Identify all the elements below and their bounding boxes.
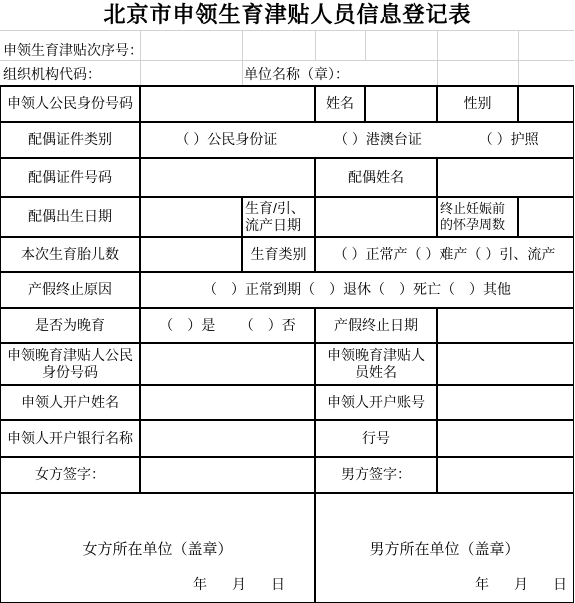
gridline-v6 bbox=[518, 30, 519, 86]
spouse-cert-type-label-cell: 配偶证件类别 bbox=[0, 122, 140, 158]
month-label: 月 bbox=[232, 576, 246, 594]
gestation-weeks-value-cell[interactable] bbox=[518, 197, 574, 237]
bank-no-label-cell: 行号 bbox=[315, 420, 437, 457]
male-signature-value-cell[interactable] bbox=[437, 457, 574, 493]
applicant-id-value-cell[interactable] bbox=[140, 86, 315, 122]
gridline-v5 bbox=[437, 30, 438, 86]
sequence-number-label: 申领生育津贴次序号： bbox=[3, 40, 143, 60]
late-birth-no-option[interactable]: （ ）否 bbox=[240, 317, 296, 335]
year-label: 年 bbox=[475, 576, 489, 594]
gridline-v2 bbox=[242, 30, 243, 86]
unit-name-label: 单位名称（章）： bbox=[244, 64, 349, 84]
female-unit-stamp-cell[interactable]: 女方所在单位（盖章） 年 月 日 bbox=[0, 493, 315, 603]
cert-option-id-card[interactable]: （ ）公民身份证 bbox=[175, 131, 277, 149]
bank-no-value-cell[interactable] bbox=[437, 420, 574, 457]
male-signature-label-cell: 男方签字： bbox=[315, 457, 437, 493]
bank-name-value-cell[interactable] bbox=[140, 420, 315, 457]
spouse-birth-value-cell[interactable] bbox=[140, 197, 242, 237]
cert-option-hmt-card[interactable]: （ ）港澳台证 bbox=[334, 131, 422, 149]
delivery-date-label-cell: 生育/引、 流产日期 bbox=[242, 197, 315, 237]
account-name-value-cell[interactable] bbox=[140, 385, 315, 420]
female-unit-date-line: 年 月 日 bbox=[193, 576, 285, 594]
late-allowance-name-value-cell[interactable] bbox=[437, 343, 574, 385]
spouse-name-label-cell: 配偶姓名 bbox=[315, 158, 437, 197]
day-label: 日 bbox=[271, 576, 285, 594]
gridline-h1 bbox=[0, 30, 574, 31]
leave-end-reason-label-cell: 产假终止原因 bbox=[0, 272, 140, 308]
late-birth-yes-option[interactable]: （ ）是 bbox=[159, 317, 215, 335]
applicant-id-label-cell: 申领人公民身份号码 bbox=[0, 86, 140, 122]
gridline-v3 bbox=[315, 30, 316, 60]
male-unit-label: 男方所在单位（盖章） bbox=[316, 541, 573, 560]
account-name-label-cell: 申领人开户姓名 bbox=[0, 385, 140, 420]
late-birth-label-cell: 是否为晚育 bbox=[0, 308, 140, 343]
spouse-cert-no-value-cell[interactable] bbox=[140, 158, 315, 197]
late-allowance-id-label-cell: 申领晚育津贴人公民 身份号码 bbox=[0, 343, 140, 385]
gridline-v4 bbox=[365, 30, 366, 60]
year-label: 年 bbox=[193, 576, 207, 594]
gender-value-cell[interactable] bbox=[518, 86, 574, 122]
male-unit-date-line: 年 月 日 bbox=[475, 576, 567, 594]
male-unit-stamp-cell[interactable]: 男方所在单位（盖章） 年 月 日 bbox=[315, 493, 574, 603]
cert-option-passport[interactable]: （ ）护照 bbox=[479, 131, 539, 149]
day-label: 日 bbox=[553, 576, 567, 594]
spouse-cert-no-label-cell: 配偶证件号码 bbox=[0, 158, 140, 197]
month-label: 月 bbox=[514, 576, 528, 594]
spouse-name-value-cell[interactable] bbox=[437, 158, 574, 197]
female-signature-label-cell: 女方签字： bbox=[0, 457, 140, 493]
account-no-label-cell: 申领人开户账号 bbox=[315, 385, 437, 420]
babies-count-value-cell[interactable] bbox=[140, 237, 242, 272]
spouse-cert-type-options-cell: （ ）公民身份证 （ ）港澳台证 （ ）护照 bbox=[140, 122, 574, 158]
birth-type-options-cell[interactable]: （ ）正常产（ ）难产（ ）引、流产 bbox=[315, 237, 574, 272]
birth-type-label-cell: 生育类别 bbox=[242, 237, 315, 272]
leave-end-reason-options-cell[interactable]: （ ）正常到期（ ）退休（ ）死亡（ ）其他 bbox=[140, 272, 574, 308]
page-title: 北京市申领生育津贴人员信息登记表 bbox=[0, 0, 575, 30]
name-label-cell: 姓名 bbox=[315, 86, 365, 122]
leave-end-date-label-cell: 产假终止日期 bbox=[315, 308, 437, 343]
spouse-birth-label-cell: 配偶出生日期 bbox=[0, 197, 140, 237]
gridline-h2 bbox=[0, 60, 574, 61]
org-code-label: 组织机构代码： bbox=[3, 64, 101, 84]
registration-form-sheet: 北京市申领生育津贴人员信息登记表 申领生育津贴次序号： 组织机构代码： 单位名称… bbox=[0, 0, 575, 603]
late-birth-options-cell: （ ）是 （ ）否 bbox=[140, 308, 315, 343]
delivery-date-value-cell[interactable] bbox=[315, 197, 437, 237]
female-signature-value-cell[interactable] bbox=[140, 457, 315, 493]
leave-end-date-value-cell[interactable] bbox=[437, 308, 574, 343]
account-no-value-cell[interactable] bbox=[437, 385, 574, 420]
gestation-weeks-label-cell: 终止妊娠前 的怀孕周数 bbox=[437, 197, 518, 237]
bank-name-label-cell: 申领人开户银行名称 bbox=[0, 420, 140, 457]
babies-count-label-cell: 本次生育胎儿数 bbox=[0, 237, 140, 272]
gender-label-cell: 性别 bbox=[437, 86, 518, 122]
name-value-cell[interactable] bbox=[365, 86, 437, 122]
late-allowance-id-value-cell[interactable] bbox=[140, 343, 315, 385]
female-unit-label: 女方所在单位（盖章） bbox=[1, 541, 314, 560]
late-allowance-name-label-cell: 申领晚育津贴人 员姓名 bbox=[315, 343, 437, 385]
